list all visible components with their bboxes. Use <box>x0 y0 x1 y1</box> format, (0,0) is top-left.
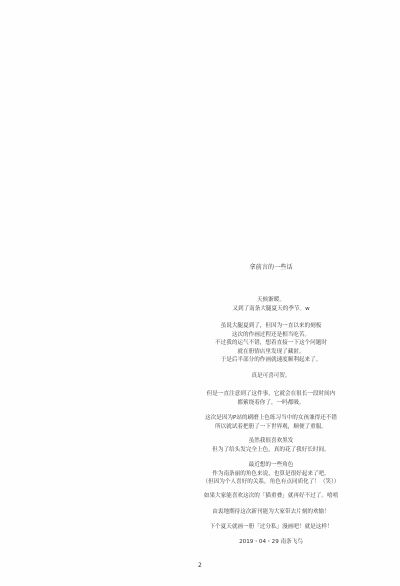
paragraph-6: 虽然我很喜欢黑发 但为了给头发完全上色，真的花了我好长时间。 <box>200 437 342 454</box>
paragraph-4: 但是一直注意到了这件事，它就会在很长一段时间内 都萦绕着你了，一吗都吸。 <box>200 390 342 407</box>
text-line: 所以就试着把册了一下世界观，顺便了重服。 <box>200 423 342 432</box>
paragraph-1: 天候渐暖。 又到了南条大腿夏天的季节。w <box>200 296 342 313</box>
afterword-title: 拿前言的一些话 <box>200 262 342 271</box>
document-page: 拿前言的一些话 天候渐暖。 又到了南条大腿夏天的季节。w 虽说大腿夏到了，但因为… <box>0 0 400 586</box>
text-line: 都萦绕着你了，一吗都吸。 <box>200 399 342 408</box>
text-line: 下个夏天就画一册「过分私」漫画吧！就是这样！ <box>200 523 342 532</box>
paragraph-7: 最近想的一些角色 作为南条丽的角色来说，也算是很好起来了吧。 （但因为个人喜好的… <box>200 461 342 487</box>
text-line: （但因为个人喜好的关系，角色有点同质化了！（笑）） <box>200 478 342 487</box>
text-line: 虽说大腿夏到了，但因为一直以来的刻板 <box>200 322 342 331</box>
paragraph-5: 这次是因为P站的刷磨上色练习当中的女孩兼得还不错 所以就试着把册了一下世界观，顺… <box>200 414 342 431</box>
text-line: 这次是因为P站的刷磨上色练习当中的女孩兼得还不错 <box>200 414 342 423</box>
text-line: 由衷地期待这次新刊能为大家带去片刻的欢愉！ <box>200 508 342 517</box>
text-line: 但为了给头发完全上色，真的花了我好长时间。 <box>200 446 342 455</box>
text-line: 最近想的一些角色 <box>200 461 342 470</box>
text-line: 真是可喜可贺。 <box>200 372 342 381</box>
text-line: 这次的作画过程还是相当吃苦。 <box>200 331 342 340</box>
paragraph-9: 由衷地期待这次新刊能为大家带去片刻的欢愉！ <box>200 508 342 517</box>
text-line: 2019・04・29 南条飞鸟 <box>200 538 342 547</box>
text-line: 但是一直注意到了这件事，它就会在很长一段时间内 <box>200 390 342 399</box>
paragraph-8: 如果大家能喜欢这次的「猫重叠」就再好不过了。嘻嘻 <box>200 492 342 501</box>
text-line: 虽然我很喜欢黑发 <box>200 437 342 446</box>
signature-date: 2019・04・29 南条飞鸟 <box>200 538 342 547</box>
page-number: 2 <box>198 562 202 569</box>
text-line: 又到了南条大腿夏天的季节。w <box>200 305 342 314</box>
text-line: 如果大家能喜欢这次的「猫重叠」就再好不过了。嘻嘻 <box>200 492 342 501</box>
text-line: 就在册情店里发现了藏匿。 <box>200 348 342 357</box>
text-line: 于是后半部分的作画就速度顺利起来了。 <box>200 356 342 365</box>
paragraph-3: 真是可喜可贺。 <box>200 372 342 381</box>
paragraph-2: 虽说大腿夏到了，但因为一直以来的刻板 这次的作画过程还是相当吃苦。 不过我的运气… <box>200 322 342 365</box>
text-line: 作为南条丽的角色来说，也算是很好起来了吧。 <box>200 470 342 479</box>
paragraph-10: 下个夏天就画一册「过分私」漫画吧！就是这样！ <box>200 523 342 532</box>
text-line: 不过我的运气不错，想着直接一下这个问题时 <box>200 339 342 348</box>
text-line: 天候渐暖。 <box>200 296 342 305</box>
